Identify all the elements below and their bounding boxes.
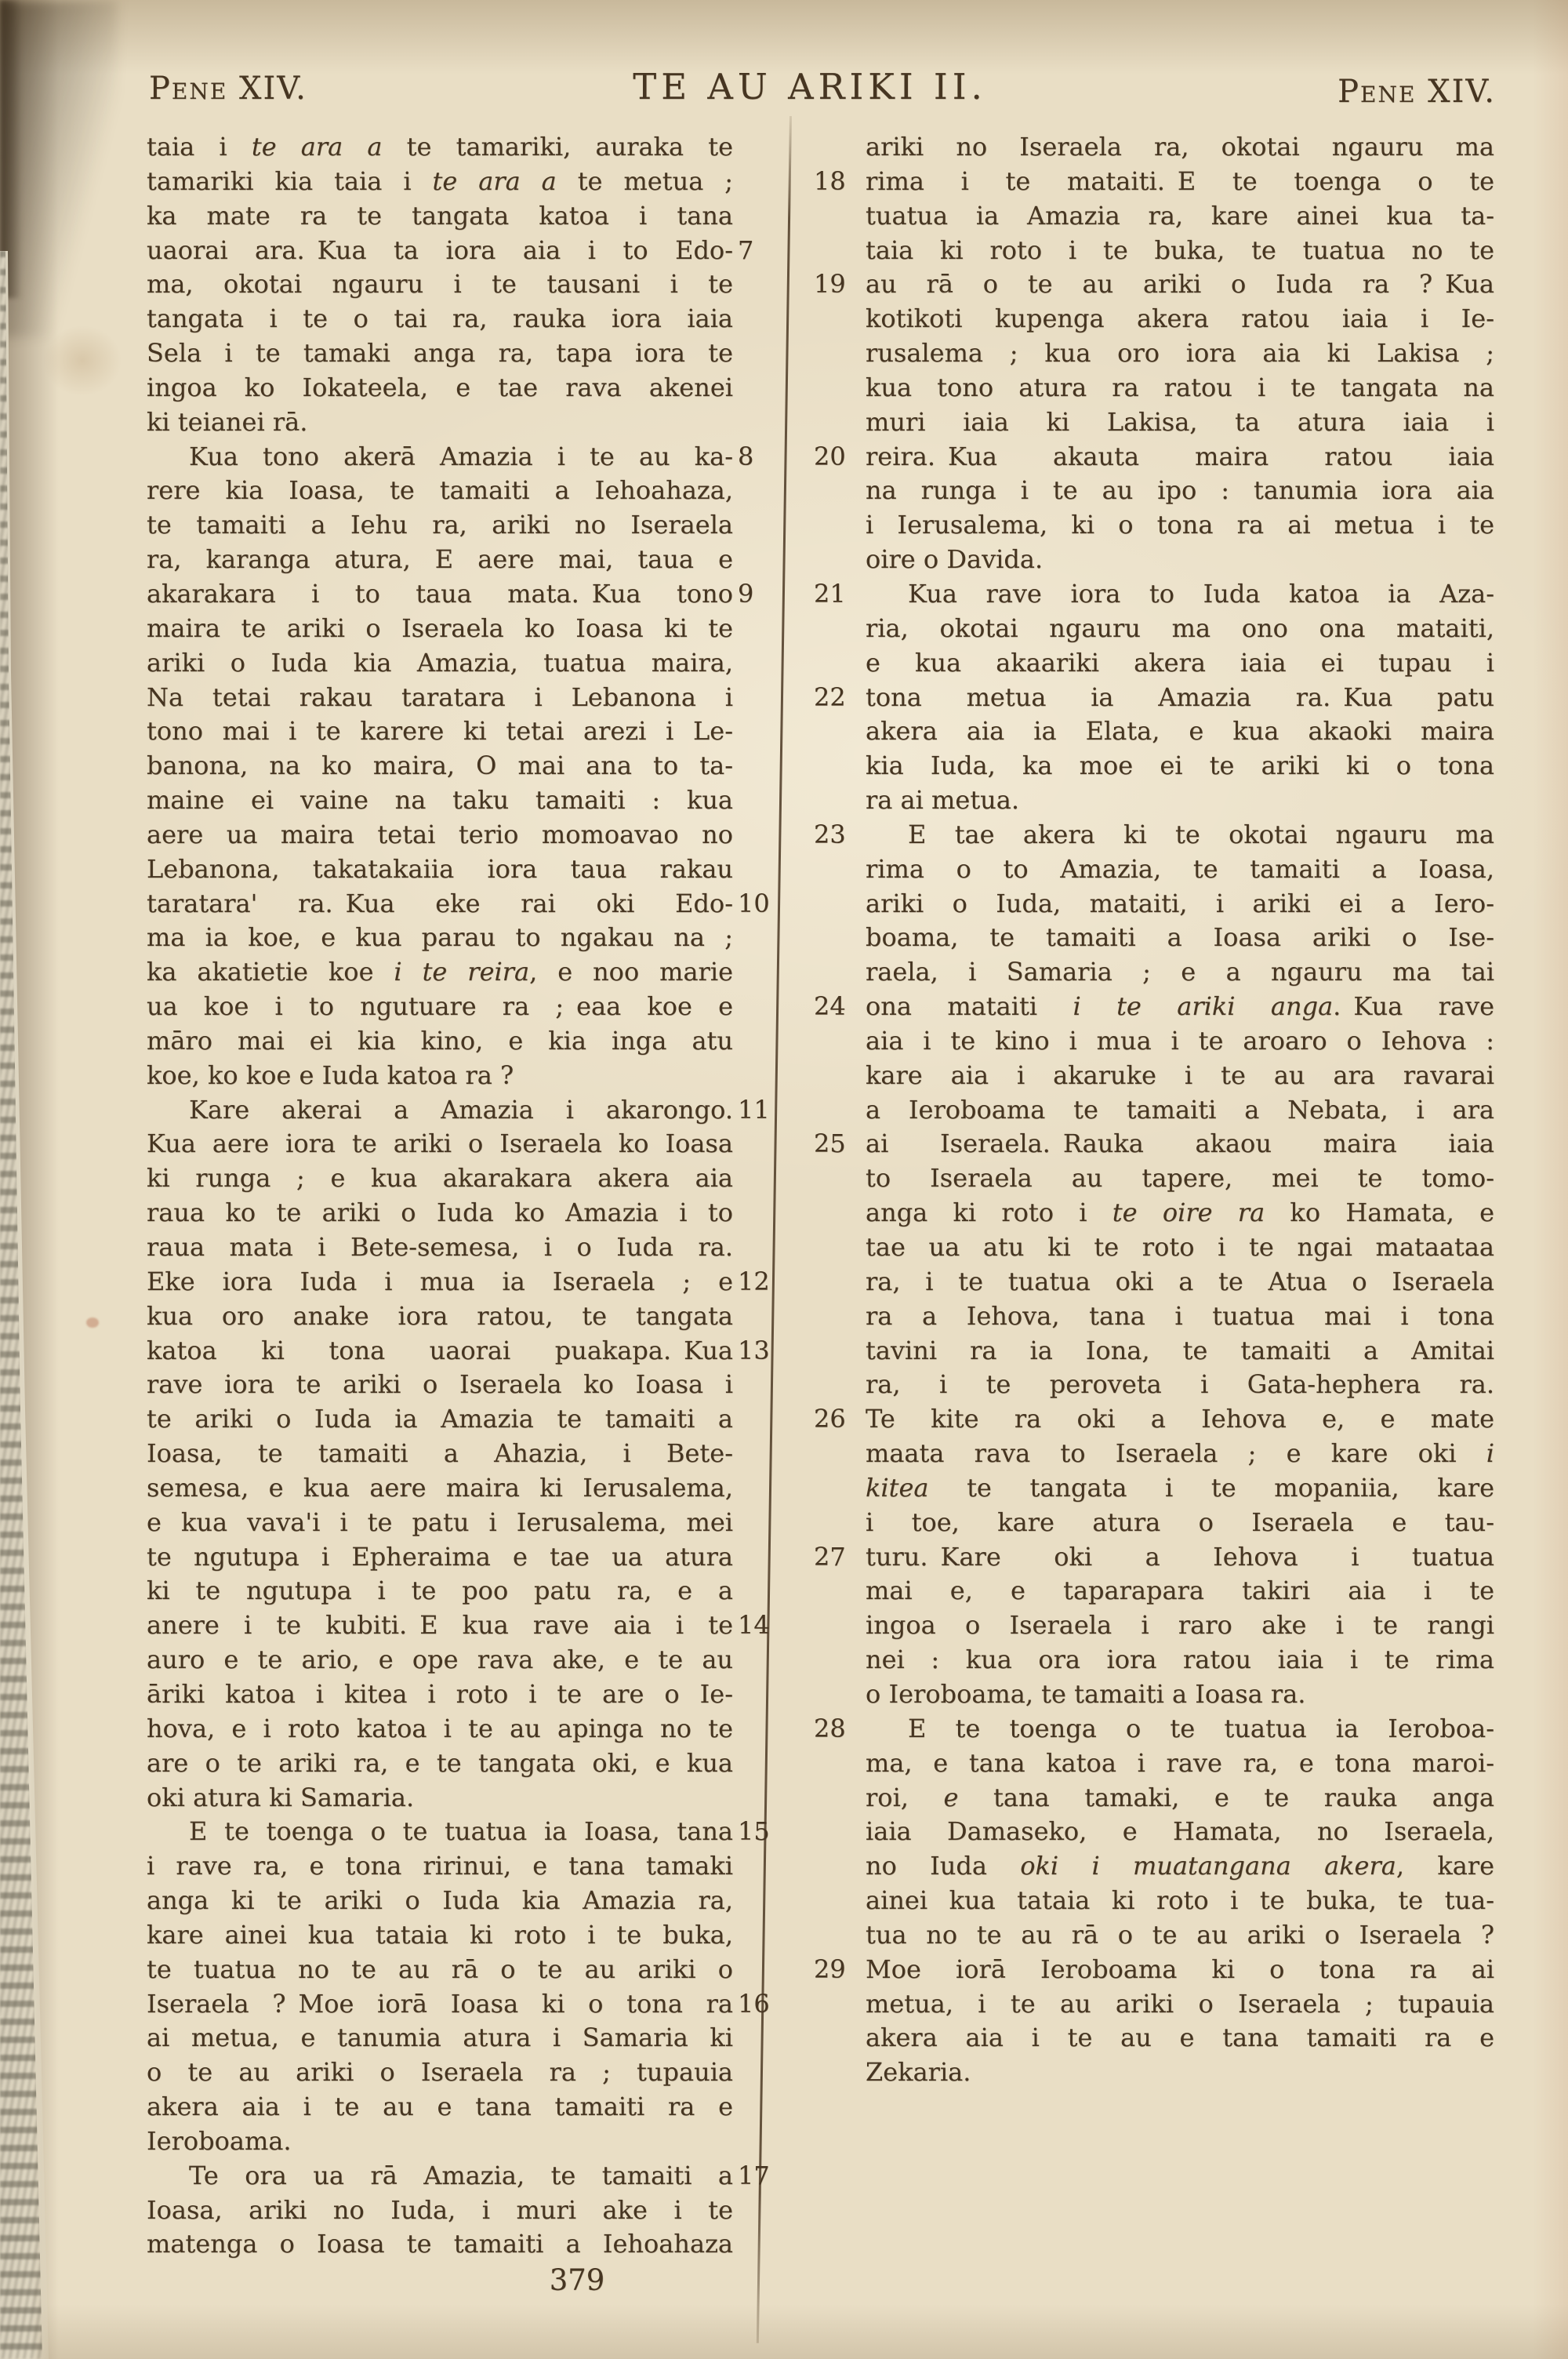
text-line: boama, te tamaiti a Ioasa ariki o Ise- [866, 921, 1494, 955]
text-line: te tuatua no te au rā o te au ariki o [147, 1953, 733, 1987]
text-line: anga ki te ariki o Iuda kia Amazia ra, [147, 1884, 733, 1918]
text-line: o Ieroboama, te tamaiti a Ioasa ra. [866, 1677, 1494, 1712]
text-line: i toe, kare atura o Iseraela e tau- [866, 1506, 1494, 1540]
verse-number: 16 [738, 1987, 796, 2022]
text-line: kare aia i akaruke i te au ara ravarai [866, 1059, 1494, 1093]
text-line: Zekaria. [866, 2055, 1494, 2090]
text-line: kua tono atura ra ratou i te tangata na [866, 371, 1494, 405]
text-line: tavini ra ia Iona, te tamaiti a Amitai [866, 1334, 1494, 1369]
verse-number: 11 [738, 1093, 796, 1128]
text-line: akera aia i te au e tana tamaiti ra e [147, 2090, 733, 2125]
text-line: au rā o te au ariki o Iuda ra ? Kua19 [866, 267, 1494, 302]
text-line: matenga o Ioasa te tamaiti a Iehoahaza [147, 2227, 733, 2262]
text-line: Kua rave iora to Iuda katoa ia Aza-21 [866, 577, 1494, 612]
verse-number: 23 [814, 818, 861, 852]
verse-number: 7 [738, 234, 796, 268]
text-line: ainei kua tataia ki roto i te buka, te t… [866, 1884, 1494, 1918]
text-line: E tae akera ki te okotai ngauru ma23 [866, 818, 1494, 852]
text-line: iaia Damaseko, e Hamata, no Iseraela, [866, 1815, 1494, 1849]
text-line: āriki katoa i kitea i roto i te are o Ie… [147, 1677, 733, 1712]
text-line: te tamaiti a Iehu ra, ariki no Iseraela [147, 508, 733, 543]
verse-number: 22 [814, 681, 861, 715]
text-line: rima o to Amazia, te tamaiti a Ioasa, [866, 852, 1494, 887]
text-line: Moe iorā Ieroboama ki o tona ra ai29 [866, 1953, 1494, 1987]
text-line: ra, i te tuatua oki a te Atua o Iseraela [866, 1265, 1494, 1299]
text-line: aia i te kino i mua i te aroaro o Iehova… [866, 1024, 1494, 1059]
text-line: ka mate ra te tangata katoa i tana [147, 199, 733, 234]
text-line: Te kite ra oki a Iehova e, e mate26 [866, 1402, 1494, 1437]
text-line: ra, karanga atura, E aere mai, taua e [147, 543, 733, 577]
text-column-left: taia i te ara a te tamariki, auraka teta… [147, 130, 733, 2262]
text-line: tuatua ia Amazia ra, kare ainei kua ta- [866, 199, 1494, 234]
text-line: tono mai i te karere ki tetai arezi i Le… [147, 714, 733, 749]
text-line: oki atura ki Samaria. [147, 1781, 733, 1816]
text-line: raua ko te ariki o Iuda ko Amazia i to [147, 1196, 733, 1230]
running-header-title: TE AU ARIKI II. [0, 66, 1568, 107]
text-line: kitea te tangata i te mopaniia, kare [866, 1471, 1494, 1506]
text-line: to Iseraela au tapere, mei te tomo- [866, 1161, 1494, 1196]
text-line: ariki no Iseraela ra, okotai ngauru ma [866, 130, 1494, 165]
text-line: E te toenga o te tuatua ia Ieroboa-28 [866, 1712, 1494, 1747]
text-line: taia ki roto i te buka, te tuatua no te [866, 234, 1494, 268]
text-line: katoa ki tona uaorai puakapa. Kua13 [147, 1334, 733, 1369]
text-line: i rave ra, e tona ririnui, e tana tamaki [147, 1849, 733, 1884]
text-line: Iseraela ? Moe iorā Ioasa ki o tona ra16 [147, 1987, 733, 2022]
verse-number: 19 [814, 267, 861, 302]
verse-number: 20 [814, 440, 861, 474]
running-header-right: Pene XIV. [1338, 74, 1496, 110]
text-line: tae ua atu ki te roto i te ngai mataataa [866, 1230, 1494, 1265]
text-line: oire o Davida. [866, 543, 1494, 577]
text-line: ra a Iehova, tana i tuatua mai i tona [866, 1299, 1494, 1334]
text-line: ariki o Iuda, mataiti, i ariki ei a Iero… [866, 887, 1494, 921]
text-line: are o te ariki ra, e te tangata oki, e k… [147, 1747, 733, 1781]
text-line: roi, e tana tamaki, e te rauka anga [866, 1781, 1494, 1816]
text-line: ma ia koe, e kua parau to ngakau na ; [147, 921, 733, 955]
text-line: ingoa ko Iokateela, e tae rava akenei [147, 371, 733, 405]
text-line: kua oro anake iora ratou, te tangata [147, 1299, 733, 1334]
text-line: akera aia ia Elata, e kua akaoki maira [866, 714, 1494, 749]
text-line: na runga i te au ipo : tanumia iora aia [866, 474, 1494, 508]
text-line: ria, okotai ngauru ma ono ona mataiti, [866, 612, 1494, 646]
text-line: ki te ngutupa i te poo patu ra, e a [147, 1574, 733, 1608]
text-line: Te ora ua rā Amazia, te tamaiti a17 [147, 2159, 733, 2194]
text-line: koe, ko koe e Iuda katoa ra ? [147, 1059, 733, 1093]
text-line: ai Iseraela. Rauka akaou maira iaia25 [866, 1127, 1494, 1161]
text-line: raela, i Samaria ; e a ngauru ma tai [866, 955, 1494, 990]
text-line: ki runga ; e kua akarakara akera aia [147, 1161, 733, 1196]
text-line: a Ieroboama te tamaiti a Nebata, i ara [866, 1093, 1494, 1128]
verse-number: 25 [814, 1127, 861, 1161]
text-line: Kua aere iora te ariki o Iseraela ko Ioa… [147, 1127, 733, 1161]
text-line: Na tetai rakau taratara i Lebanona i [147, 681, 733, 715]
text-line: akera aia i te au e tana tamaiti ra e [866, 2021, 1494, 2055]
page-number: 379 [483, 2263, 671, 2297]
verse-number: 15 [738, 1815, 796, 1849]
text-line: rima i te mataiti. E te toenga o te18 [866, 165, 1494, 199]
text-line: no Iuda oki i muatangana akera, kare [866, 1849, 1494, 1884]
text-line: tangata i te o tai ra, rauka iora iaia [147, 302, 733, 336]
verse-number: 13 [738, 1334, 796, 1369]
text-line: Ieroboama. [147, 2125, 733, 2159]
text-line: Kua tono akerā Amazia i te au ka-8 [147, 440, 733, 474]
verse-number: 14 [738, 1608, 796, 1643]
text-line: tona metua ia Amazia ra. Kua patu22 [866, 681, 1494, 715]
text-line: e kua vava'i i te patu i Ierusalema, mei [147, 1506, 733, 1540]
text-column-right: ariki no Iseraela ra, okotai ngauru mari… [866, 130, 1494, 2090]
verse-number: 9 [738, 577, 796, 612]
text-line: te ariki o Iuda ia Amazia te tamaiti a [147, 1402, 733, 1437]
text-line: Eke iora Iuda i mua ia Iseraela ; e12 [147, 1265, 733, 1299]
text-line: turu. Kare oki a Iehova i tuatua27 [866, 1540, 1494, 1575]
text-line: akarakara i to taua mata. Kua tono9 [147, 577, 733, 612]
text-line: hova, e i roto katoa i te au apinga no t… [147, 1712, 733, 1747]
paper-stain [43, 325, 122, 396]
text-line: maine ei vaine na taku tamaiti : kua [147, 783, 733, 818]
text-line: auro e te ario, e ope rava ake, e te au [147, 1643, 733, 1677]
text-line: te ngutupa i Epheraima e tae ua atura [147, 1540, 733, 1575]
verse-number: 27 [814, 1540, 861, 1575]
text-line: taia i te ara a te tamariki, auraka te [147, 130, 733, 165]
text-line: reira. Kua akauta maira ratou iaia20 [866, 440, 1494, 474]
text-line: o te au ariki o Iseraela ra ; tupauia [147, 2055, 733, 2090]
text-line: ki teianei rā. [147, 405, 733, 440]
text-line: rere kia Ioasa, te tamaiti a Iehoahaza, [147, 474, 733, 508]
verse-number: 26 [814, 1402, 861, 1437]
text-line: i Ierusalema, ki o tona ra ai metua i te [866, 508, 1494, 543]
text-line: ariki o Iuda kia Amazia, tuatua maira, [147, 646, 733, 681]
text-line: māro mai ei kia kino, e kia inga atu [147, 1024, 733, 1059]
text-line: raua mata i Bete-semesa, i o Iuda ra. [147, 1230, 733, 1265]
text-line: mai e, e taparapara takiri aia i te [866, 1574, 1494, 1608]
verse-number: 12 [738, 1265, 796, 1299]
text-line: tamariki kia taia i te ara a te metua ; [147, 165, 733, 199]
text-line: ua koe i to ngutuare ra ; eaa koe e [147, 990, 733, 1024]
text-line: ra ai metua. [866, 783, 1494, 818]
text-line: ra, i te peroveta i Gata-hephera ra. [866, 1368, 1494, 1402]
verse-number: 8 [738, 440, 796, 474]
text-line: kotikoti kupenga akera ratou iaia i Ie- [866, 302, 1494, 336]
verse-number: 18 [814, 165, 861, 199]
text-line: rusalema ; kua oro iora aia ki Lakisa ; [866, 336, 1494, 371]
text-line: Sela i te tamaki anga ra, tapa iora te [147, 336, 733, 371]
text-line: maata rava to Iseraela ; e kare oki i [866, 1437, 1494, 1471]
text-line: Ioasa, ariki no Iuda, i muri ake i te [147, 2194, 733, 2228]
text-line: ai metua, e tanumia atura i Samaria ki [147, 2021, 733, 2055]
text-line: aere ua maira tetai terio momoavao no [147, 818, 733, 852]
text-line: ona mataiti i te ariki anga. Kua rave24 [866, 990, 1494, 1024]
text-line: uaorai ara. Kua ta iora aia i to Edo-7 [147, 234, 733, 268]
text-line: rave iora te ariki o Iseraela ko Ioasa i [147, 1368, 733, 1402]
text-line: kia Iuda, ka moe ei te ariki ki o tona [866, 749, 1494, 783]
text-line: kare ainei kua tataia ki roto i te buka, [147, 1918, 733, 1953]
text-line: tua no te au rā o te au ariki o Iseraela… [866, 1918, 1494, 1953]
text-line: ingoa o Iseraela i raro ake i te rangi [866, 1608, 1494, 1643]
text-line: ma, okotai ngauru i te tausani i te [147, 267, 733, 302]
text-line: ka akatietie koe i te reira, e noo marie [147, 955, 733, 990]
text-line: Kare akerai a Amazia i akarongo.11 [147, 1093, 733, 1128]
text-line: semesa, e kua aere maira ki Ierusalema, [147, 1471, 733, 1506]
text-line: Ioasa, te tamaiti a Ahazia, i Bete- [147, 1437, 733, 1471]
verse-number: 10 [738, 887, 796, 921]
text-line: maira te ariki o Iseraela ko Ioasa ki te [147, 612, 733, 646]
verse-number: 28 [814, 1712, 861, 1747]
text-line: anere i te kubiti. E kua rave aia i te14 [147, 1608, 733, 1643]
verse-number: 29 [814, 1953, 861, 1987]
text-line: E te toenga o te tuatua ia Ioasa, tana15 [147, 1815, 733, 1849]
text-line: metua, i te au ariki o Iseraela ; tupaui… [866, 1987, 1494, 2022]
binding-gutter-shadow [0, 0, 22, 298]
verse-number: 24 [814, 990, 861, 1024]
text-line: Lebanona, takatakaiia iora taua rakau [147, 852, 733, 887]
text-line: e kua akaariki akera iaia ei tupau i [866, 646, 1494, 681]
verse-number: 21 [814, 577, 861, 612]
text-line: muri iaia ki Lakisa, ta atura iaia i [866, 405, 1494, 440]
scanned-book-page: { "colors": {"paper":"#e9dec5","ink":"#4… [0, 0, 1568, 2359]
text-line: banona, na ko maira, O mai ana to ta- [147, 749, 733, 783]
paper-spot [86, 1318, 99, 1328]
text-line: nei : kua ora iora ratou iaia i te rima [866, 1643, 1494, 1677]
verse-number: 17 [738, 2159, 796, 2194]
text-line: taratara' ra. Kua eke rai oki Edo-10 [147, 887, 733, 921]
text-line: anga ki roto i te oire ra ko Hamata, e [866, 1196, 1494, 1230]
text-line: ma, e tana katoa i rave ra, e tona maroi… [866, 1747, 1494, 1781]
